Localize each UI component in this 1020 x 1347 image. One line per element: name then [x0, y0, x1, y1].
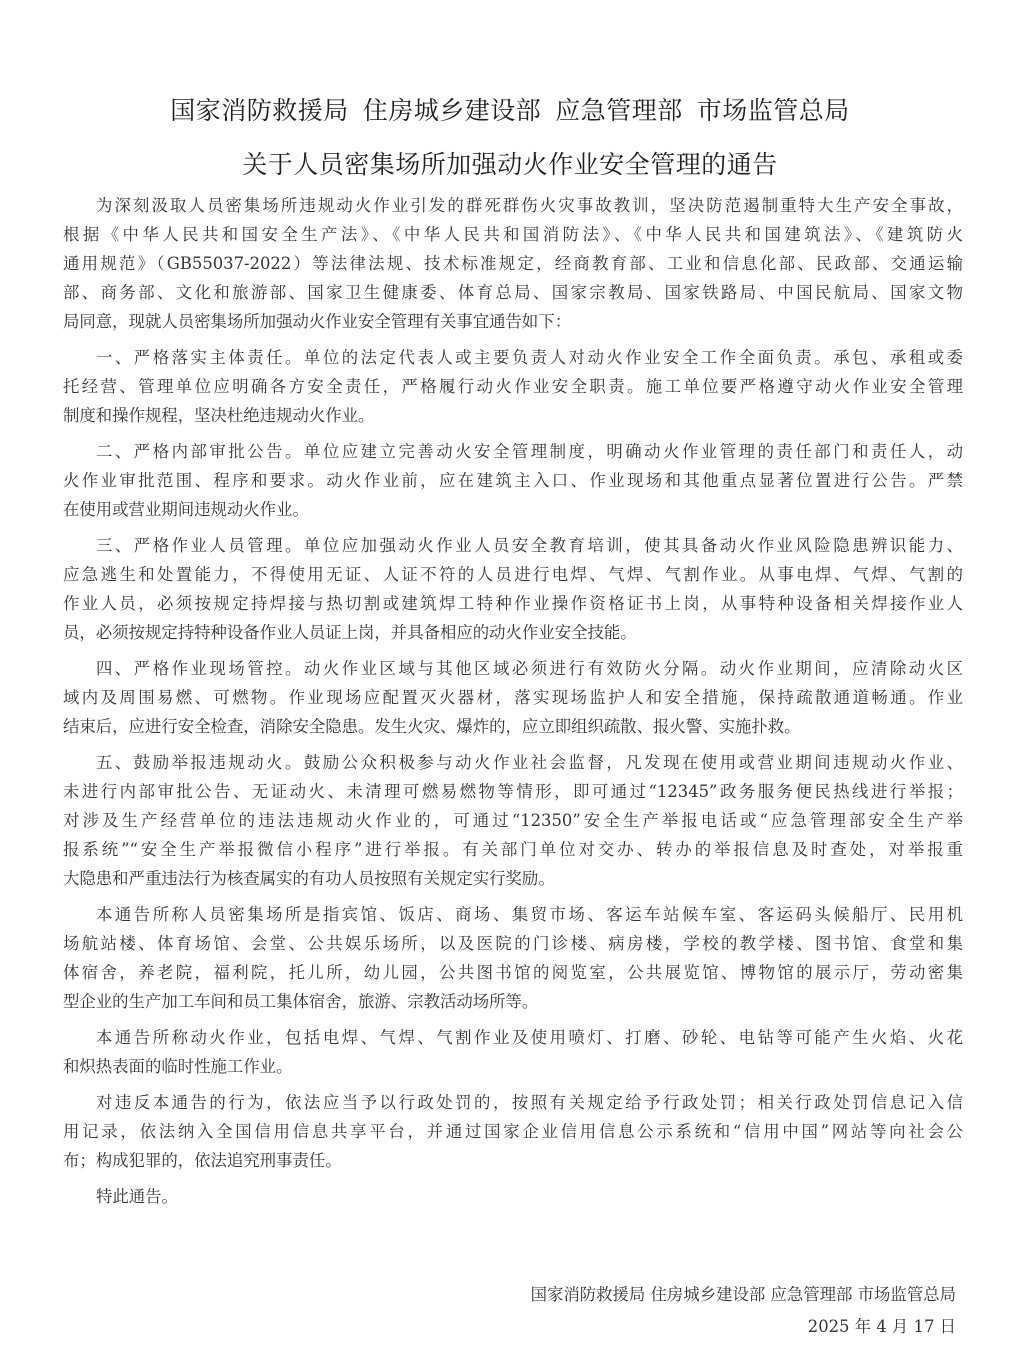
text-line: 布；构成犯罪的，依法追究刑事责任。	[63, 1146, 963, 1175]
document-body: 为深刻汲取人员密集场所违规动火作业引发的群死群伤火灾事故教训，坚决防范遏制重特大…	[63, 191, 963, 1218]
document-title: 关于人员密集场所加强动火作业安全管理的通告	[0, 145, 1020, 181]
signature-organizations: 国家消防救援局 住房城乡建设部 应急管理部 市场监管总局	[531, 1281, 956, 1305]
text-line: 报系统”“安全生产举报微信小程序”进行举报。有关部门单位对交办、转办的举报信息及…	[63, 835, 963, 864]
text-line: 二、严格内部审批公告。单位应建立完善动火安全管理制度，明确动火作业管理的责任部门…	[63, 437, 963, 466]
signature-date: 2025 年 4 月 17 日	[808, 1313, 956, 1337]
text-line: 为深刻汲取人员密集场所违规动火作业引发的群死群伤火灾事故教训，坚决防范遏制重特大…	[63, 191, 963, 220]
paragraph-closing: 特此通告。	[63, 1182, 963, 1211]
text-line: 在使用或营业期间违规动火作业。	[63, 495, 963, 524]
agency-name: 住房城乡建设部	[363, 91, 542, 127]
text-line: 局同意，现就人员密集场所加强动火作业安全管理有关事宜通告如下：	[63, 307, 963, 336]
paragraph-item-2: 二、严格内部审批公告。单位应建立完善动火安全管理制度，明确动火作业管理的责任部门…	[63, 437, 963, 524]
agency-name: 应急管理部	[555, 91, 683, 127]
text-line: 特此通告。	[63, 1182, 963, 1211]
text-line: 本通告所称动火作业，包括电焊、气焊、气割作业及使用喷灯、打磨、砂轮、电钻等可能产…	[63, 1023, 963, 1052]
text-line: 和炽热表面的临时性施工作业。	[63, 1052, 963, 1081]
text-line: 体宿舍，养老院，福利院，托儿所，幼儿园，公共图书馆的阅览室，公共展览馆、博物馆的…	[63, 958, 963, 987]
text-line: 本通告所称人员密集场所是指宾馆、饭店、商场、集贸市场、客运车站候车室、客运码头候…	[63, 900, 963, 929]
agency-name: 国家消防救援局	[170, 91, 349, 127]
paragraph-preamble: 为深刻汲取人员密集场所违规动火作业引发的群死群伤火灾事故教训，坚决防范遏制重特大…	[63, 191, 963, 336]
text-line: 大隐患和严重违法行为核查属实的有功人员按照有关规定实行奖励。	[63, 864, 963, 893]
agency-name: 市场监管总局	[697, 91, 850, 127]
text-line: 对涉及生产经营单位的违法违规动火作业的，可通过“12350”安全生产举报电话或“…	[63, 806, 963, 835]
paragraph-definition-hot-work: 本通告所称动火作业，包括电焊、气焊、气割作业及使用喷灯、打磨、砂轮、电钻等可能产…	[63, 1023, 963, 1081]
paragraph-item-5: 五、鼓励举报违规动火。鼓励公众积极参与动火作业社会监督，凡发现在使用或营业期间违…	[63, 748, 963, 893]
text-line: 五、鼓励举报违规动火。鼓励公众积极参与动火作业社会监督，凡发现在使用或营业期间违…	[63, 748, 963, 777]
text-line: 制度和操作规程，坚决杜绝违规动火作业。	[63, 401, 963, 430]
text-line: 域内及周围易燃、可燃物。作业现场应配置灭火器材，落实现场监护人和安全措施，保持疏…	[63, 683, 963, 712]
text-line: 火作业审批范围、程序和要求。动火作业前，应在建筑主入口、作业现场和其他重点显著位…	[63, 466, 963, 495]
text-line: 部、商务部、文化和旅游部、国家卫生健康委、体育总局、国家宗教局、国家铁路局、中国…	[63, 278, 963, 307]
paragraph-item-3: 三、严格作业人员管理。单位应加强动火作业人员安全教育培训，使其具备动火作业风险隐…	[63, 531, 963, 647]
text-line: 作业人员，必须按规定持焊接与热切割或建筑焊工特种作业操作资格证书上岗，从事特种设…	[63, 589, 963, 618]
text-line: 员，必须按规定持特种设备作业人员证上岗，并具备相应的动火作业安全技能。	[63, 618, 963, 647]
text-line: 场航站楼、体育场馆、会堂、公共娱乐场所，以及医院的门诊楼、病房楼，学校的教学楼、…	[63, 929, 963, 958]
text-line: 托经营、管理单位应明确各方安全责任，严格履行动火作业安全职责。施工单位要严格遵守…	[63, 372, 963, 401]
text-line: 三、严格作业人员管理。单位应加强动火作业人员安全教育培训，使其具备动火作业风险隐…	[63, 531, 963, 560]
text-line: 型企业的生产加工车间和员工集体宿舍，旅游、宗教活动场所等。	[63, 987, 963, 1016]
text-line: 结束后，应进行安全检查，消除安全隐患。发生火灾、爆炸的，应立即组织疏散、报火警、…	[63, 712, 963, 741]
text-line: 四、严格作业现场管控。动火作业区域与其他区域必须进行有效防火分隔。动火作业期间，…	[63, 654, 963, 683]
paragraph-definition-crowded-places: 本通告所称人员密集场所是指宾馆、饭店、商场、集贸市场、客运车站候车室、客运码头候…	[63, 900, 963, 1016]
text-line: 一、严格落实主体责任。单位的法定代表人或主要负责人对动火作业安全工作全面负责。承…	[63, 343, 963, 372]
text-line: 通用规范》（GB55037-2022）等法律法规、技术标准规定，经商教育部、工业…	[63, 249, 963, 278]
text-line: 未进行内部审批公告、无证动火、未清理可燃易燃物等情形，即可通过“12345”政务…	[63, 777, 963, 806]
text-line: 应急逃生和处置能力，不得使用无证、人证不符的人员进行电焊、气焊、气割作业。从事电…	[63, 560, 963, 589]
document-title-agencies: 国家消防救援局住房城乡建设部应急管理部市场监管总局	[0, 91, 1020, 127]
paragraph-item-1: 一、严格落实主体责任。单位的法定代表人或主要负责人对动火作业安全工作全面负责。承…	[63, 343, 963, 430]
text-line: 用记录，依法纳入全国信用信息共享平台，并通过国家企业信用信息公示系统和“信用中国…	[63, 1117, 963, 1146]
paragraph-penalties: 对违反本通告的行为，依法应当予以行政处罚的，按照有关规定给予行政处罚；相关行政处…	[63, 1088, 963, 1175]
text-line: 对违反本通告的行为，依法应当予以行政处罚的，按照有关规定给予行政处罚；相关行政处…	[63, 1088, 963, 1117]
text-line: 根据《中华人民共和国安全生产法》、《中华人民共和国消防法》、《中华人民共和国建筑…	[63, 220, 963, 249]
paragraph-item-4: 四、严格作业现场管控。动火作业区域与其他区域必须进行有效防火分隔。动火作业期间，…	[63, 654, 963, 741]
